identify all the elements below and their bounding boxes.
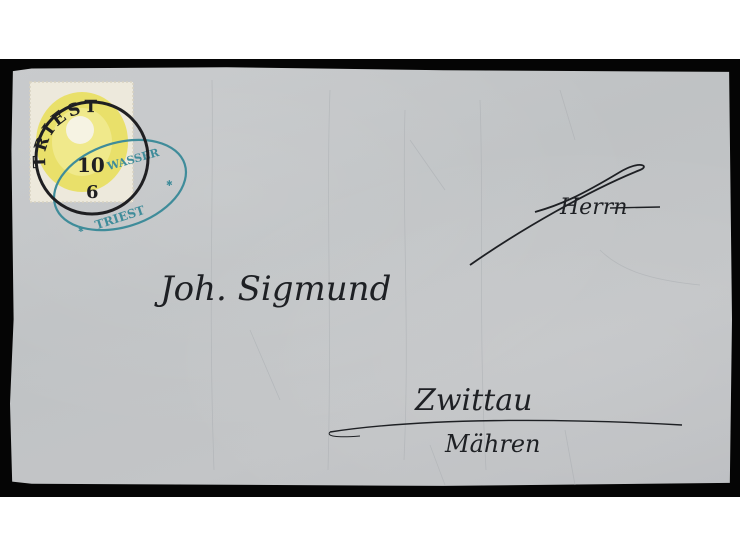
star-icon: ✱: [78, 226, 84, 234]
address-region: Mähren: [444, 430, 540, 458]
address-name: Joh. Sigmund: [154, 269, 391, 309]
handwritten-address: Herrn Joh. Sigmund Zwittau Mähren: [154, 165, 682, 458]
cover-artwork: WASSER TRIEST ✱ ✱ TRIEST 10 6 Herrn Joh.…: [0, 0, 740, 557]
postmark-month: 6: [86, 182, 99, 203]
star-icon: ✱: [166, 179, 173, 188]
address-town: Zwittau: [414, 383, 532, 418]
postmark-day: 10: [77, 153, 105, 177]
